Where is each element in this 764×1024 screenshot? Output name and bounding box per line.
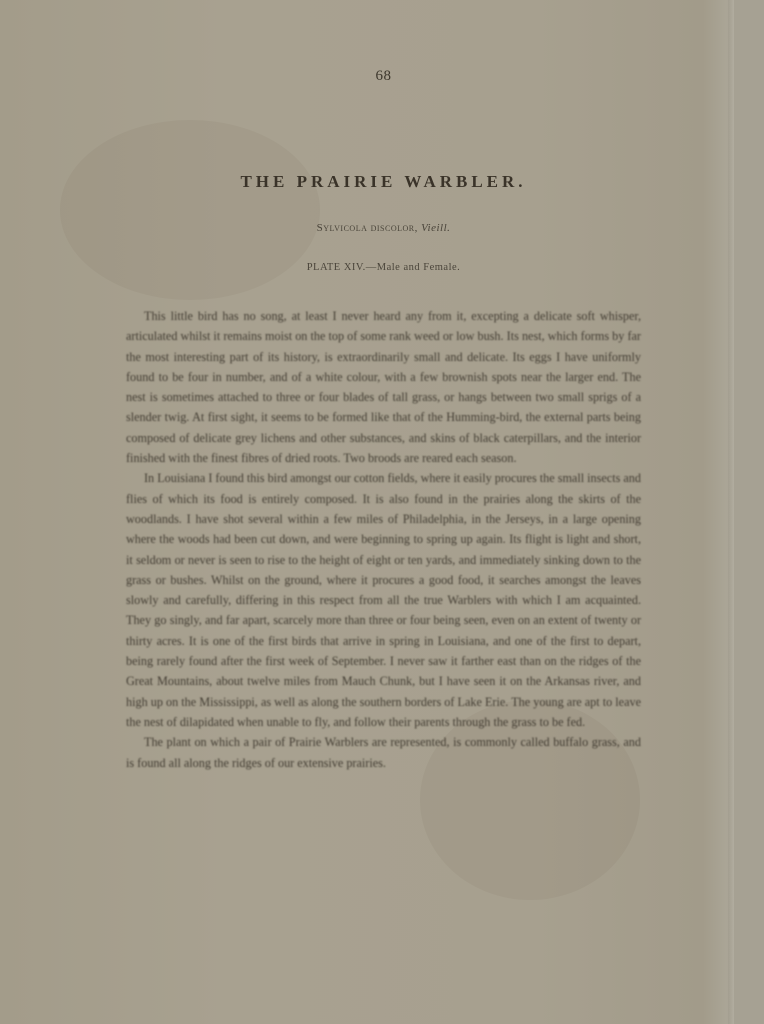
scientific-name: Sylvicola discolor, Vieill.: [126, 222, 641, 234]
plate-caption: PLATE XIV.—Male and Female.: [126, 262, 641, 273]
page-number: 68: [126, 68, 641, 85]
adjacent-page-edge: [734, 0, 764, 1024]
body-text: This little bird has no song, at least I…: [126, 306, 641, 773]
scanned-page: 68 THE PRAIRIE WARBLER. Sylvicola discol…: [0, 0, 764, 1024]
paragraph: In Louisiana I found this bird amongst o…: [126, 468, 641, 732]
book-page: 68 THE PRAIRIE WARBLER. Sylvicola discol…: [126, 0, 641, 1024]
paragraph: The plant on which a pair of Prairie War…: [126, 732, 641, 773]
naming-authority: Vieill.: [421, 222, 450, 234]
chapter-title: THE PRAIRIE WARBLER.: [126, 172, 641, 192]
paragraph: This little bird has no song, at least I…: [126, 306, 641, 468]
scientific-name-text: Sylvicola discolor,: [317, 222, 418, 234]
